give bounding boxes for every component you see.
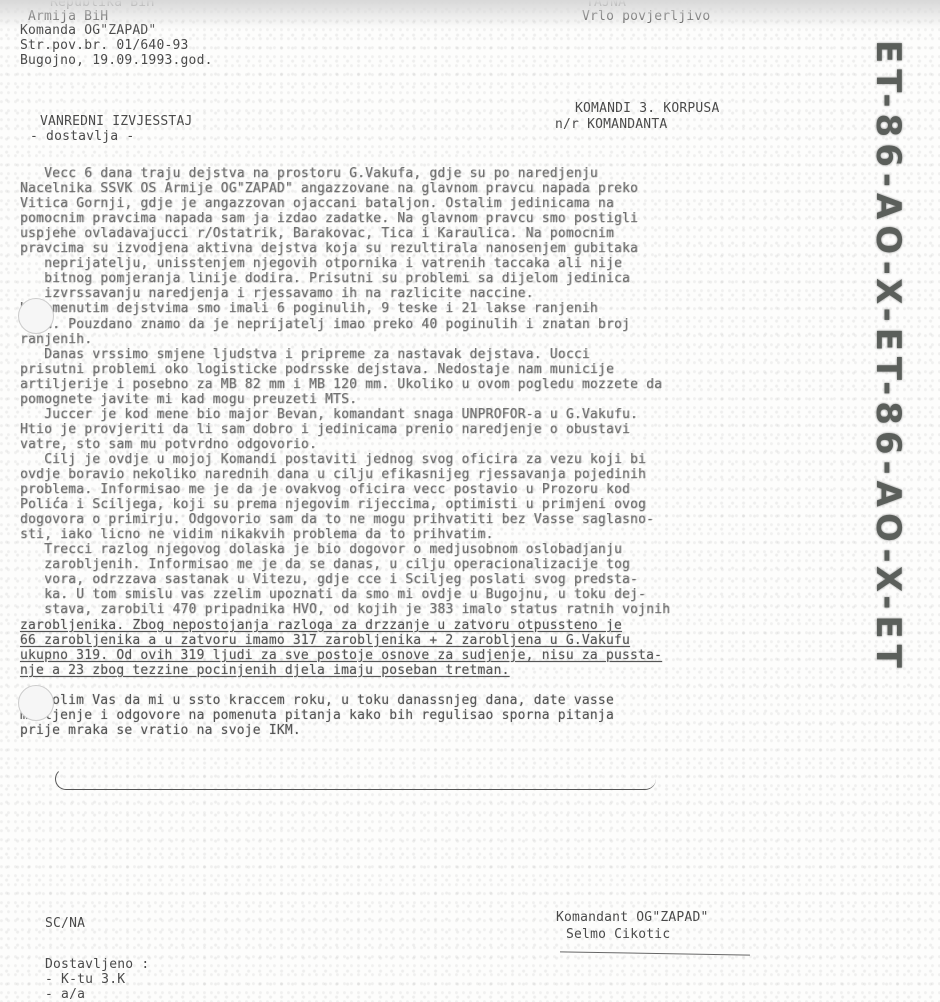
body-line: pomocnim pravcima napada sam ja izdao za…	[20, 212, 638, 226]
body-line: Juccer je kod mene bio major Bevan, koma…	[20, 408, 638, 422]
scanned-document-page: Republika BiH Armija BiH Komanda OG"ZAPA…	[0, 0, 940, 1002]
distribution-label: Dostavljeno :	[45, 958, 149, 972]
header-reference-number: Str.pov.br. 01/640-93	[20, 39, 189, 53]
body-line: Danas vrssimo smjene ljudstva i pripreme…	[20, 348, 590, 362]
document-subtitle: - dostavlja -	[30, 130, 134, 144]
scan-top-shadow	[0, 0, 940, 30]
body-line: Trecci razlog njegovog dolaska je bio do…	[20, 543, 622, 557]
punch-hole	[18, 685, 54, 721]
body-line: neprijatelju, unisstenjem njegovih otpor…	[20, 257, 622, 271]
body-line: prije mraka se vratio na svoje IKM.	[20, 724, 301, 738]
body-line: artiljerije i posebno za MB 82 mm i MB 1…	[20, 378, 662, 392]
document-title: VANREDNI IZVJESSTAJ	[40, 115, 193, 129]
body-line: dogovora o primirju. Odgovorio sam da to…	[20, 513, 654, 527]
margin-evidence-stamp: ET-86-AO-X-ET-86-AO-X-ET	[868, 40, 908, 1000]
body-line: uspjehe ovladavajucci r/Ostatrik, Barako…	[20, 227, 614, 241]
body-line: a. Pouzdano znamo da je neprijatelj imao…	[20, 318, 630, 332]
body-line: Cilj je ovdje u mojoj Komandi postaviti …	[20, 453, 646, 467]
typist-initials: SC/NA	[45, 917, 85, 931]
body-line: vora, odrzzava sastanak u Vitezu, gdje c…	[20, 573, 638, 587]
body-line: 66 zarobljenika a u zatvoru imamo 317 za…	[20, 634, 630, 648]
body-line: misljenje i odgovore na pomenuta pitanja…	[20, 709, 614, 723]
body-line: U pomenutim dejstvima smo imali 6 poginu…	[20, 302, 598, 316]
distribution-item: - a/a	[45, 988, 85, 1002]
body-line: ranjenih.	[20, 333, 92, 347]
distribution-item: - K-tu 3.K	[45, 973, 125, 987]
body-line: bitnog pomjeranja linije dodira. Prisutn…	[20, 272, 630, 286]
signature-name: Selmo Cikotic	[566, 928, 670, 942]
recipient-attention: n/r KOMANDANTA	[555, 118, 667, 132]
signature-title: Komandant OG"ZAPAD"	[556, 911, 709, 925]
body-line: pravcima su izvodjena aktivna dejstva ko…	[20, 242, 638, 256]
body-line: zarobljenih. Informisao me je da se dana…	[20, 558, 630, 572]
recipient-corps: KOMANDI 3. KORPUSA	[575, 102, 719, 116]
body-line: Polića i Sciljega, koji su prema njegovi…	[20, 498, 646, 512]
punch-hole	[18, 298, 54, 334]
header-place-date: Bugojno, 19.09.1993.god.	[20, 54, 213, 68]
body-line: sti, iako licno ne vidim nikakvih proble…	[20, 528, 494, 542]
body-line: Vecc 6 dana traju dejstva na prostoru G.…	[20, 167, 598, 181]
body-line: zarobljenika. Zbog nepostojanja razloga …	[20, 619, 622, 633]
body-line: ukupno 319. Od ovih 319 ljudi za sve pos…	[20, 649, 662, 663]
body-line: vatre, sto sam mu potvrdno odgovorio.	[20, 438, 317, 452]
body-line: prisutni problemi oko logisticke podrssk…	[20, 363, 614, 377]
handwritten-underline-annotation	[55, 768, 656, 790]
body-line: izvrssavanju naredjenja i rjessavamo ih …	[20, 287, 534, 301]
body-line: Htio je provjeriti da li sam dobro i jed…	[20, 423, 630, 437]
body-line: Nacelnika SSVK OS Armije OG"ZAPAD" angaz…	[20, 182, 638, 196]
body-line: ovdje boravio nekoliko narednih dana u c…	[20, 468, 646, 482]
body-line: nje a 23 zbog tezzine pocinjenih djela i…	[20, 664, 510, 678]
body-line: Vitica Gornji, gdje je angazzovan ojacca…	[20, 197, 614, 211]
margin-stamp-text: ET-86-AO-X-ET-86-AO-X-ET	[868, 40, 908, 674]
signature-line	[560, 951, 750, 955]
body-line: stava, zarobili 470 pripadnika HVO, od k…	[20, 603, 670, 617]
body-line: problema. Informisao me je da je ovakvog…	[20, 483, 630, 497]
body-line: Molim Vas da mi u ssto kraccem roku, u t…	[20, 694, 614, 708]
body-line: ka. U tom smislu vas zzelim upoznati da …	[20, 588, 646, 602]
body-line: pomognete javite mi kad mogu preuzeti MT…	[20, 393, 357, 407]
